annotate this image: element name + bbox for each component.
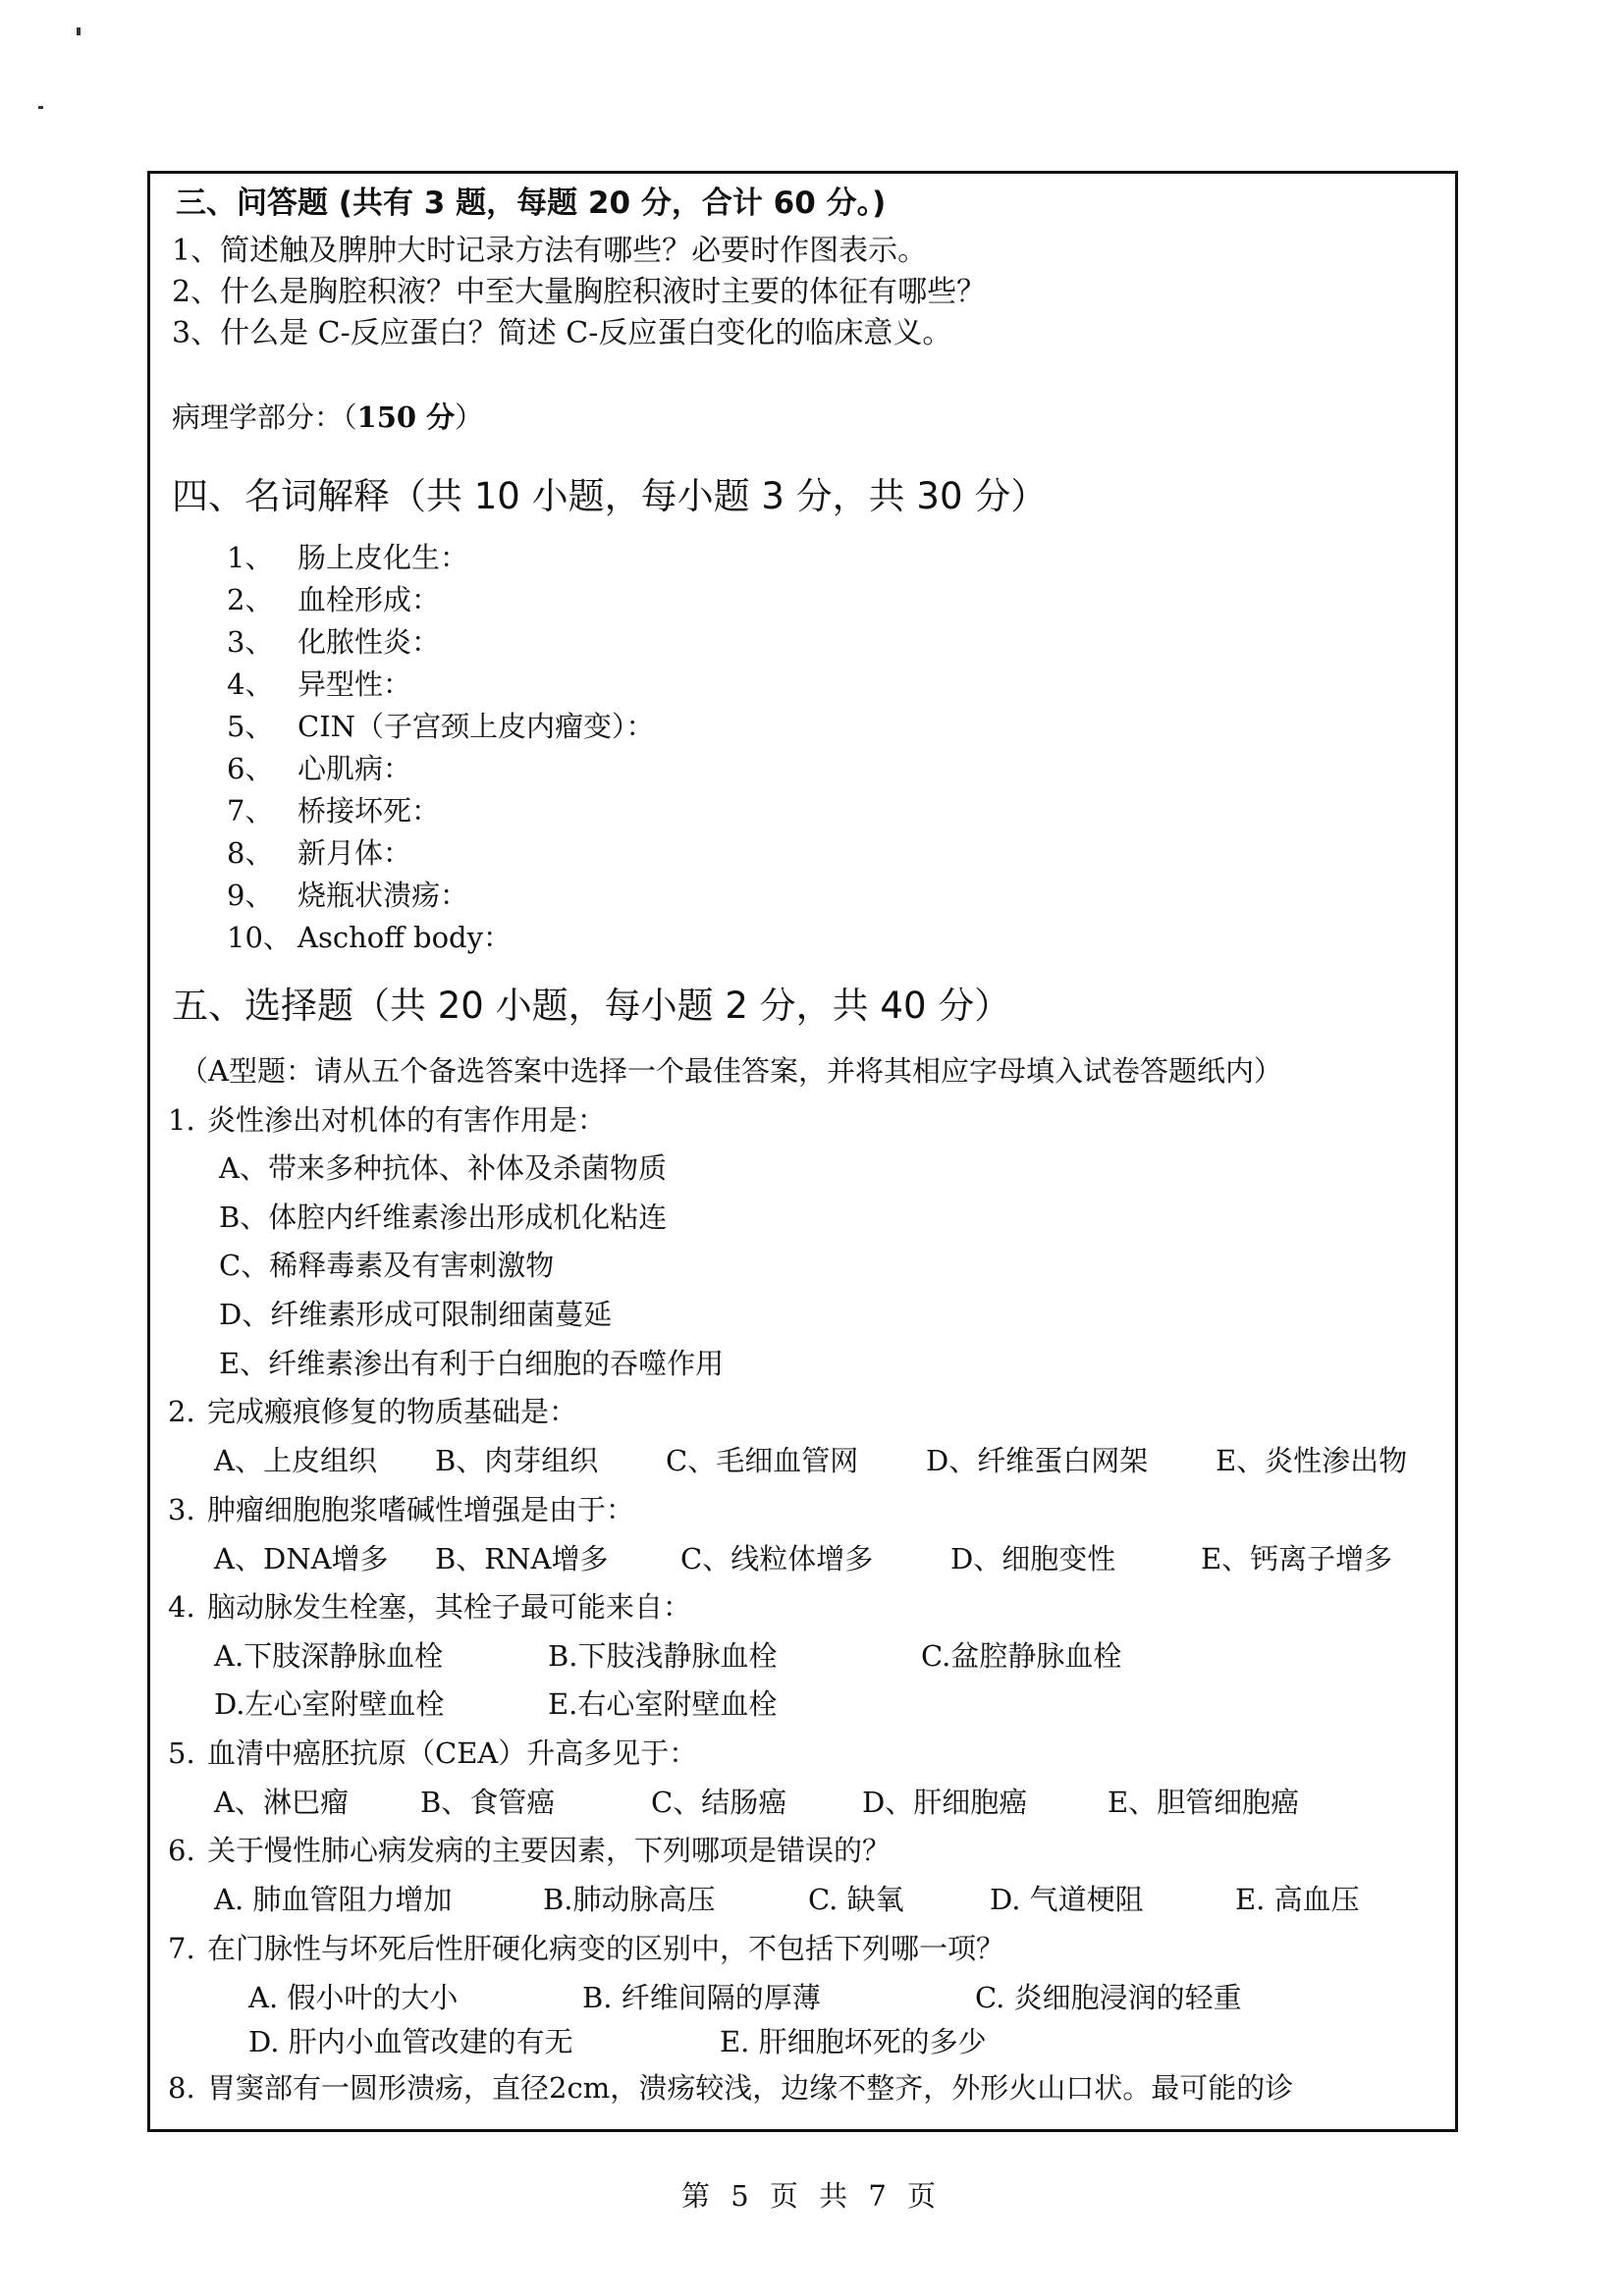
scan-speck bbox=[77, 27, 81, 35]
mc-option: C、线粒体增多 bbox=[680, 1537, 873, 1577]
section3-title: 三、问答题 (共有 3 题，每题 20 分，合计 60 分。) bbox=[176, 178, 886, 222]
mc-option: E. 高血压 bbox=[1235, 1878, 1360, 1918]
mc-option: C、结肠癌 bbox=[651, 1781, 786, 1821]
mc-option: E、炎性渗出物 bbox=[1216, 1439, 1407, 1479]
term-number: 2、 bbox=[227, 578, 298, 618]
mc-question-stem: 4.脑动脉发生栓塞，其栓子最可能来自： bbox=[168, 1585, 691, 1626]
page-number: 第 5 页 共 7 页 bbox=[0, 2174, 1623, 2215]
mc-option: C. 缺氧 bbox=[808, 1878, 904, 1918]
question-text: 炎性渗出对机体的有害作用是： bbox=[207, 1103, 606, 1137]
term-item: 8、新月体： bbox=[227, 831, 411, 872]
mc-option: C. 炎细胞浸润的轻重 bbox=[975, 1976, 1242, 2016]
mc-option: E、胆管细胞癌 bbox=[1108, 1781, 1299, 1821]
mc-option: A. 假小叶的大小 bbox=[248, 1976, 458, 2016]
exam-question-box: 三、问答题 (共有 3 题，每题 20 分，合计 60 分。) 1、简述触及脾肿… bbox=[147, 171, 1458, 2132]
question-number: 7. bbox=[168, 1932, 207, 1965]
mc-question-stem: 5.血清中癌胚抗原（CEA）升高多见于： bbox=[168, 1732, 697, 1772]
mc-option: B、肉芽组织 bbox=[435, 1439, 598, 1479]
mc-option: A、带来多种抗体、补体及杀菌物质 bbox=[219, 1147, 667, 1187]
mc-option: E、纤维素渗出有利于白细胞的吞噬作用 bbox=[219, 1342, 724, 1382]
term-number: 8、 bbox=[227, 831, 298, 872]
mc-option: E、钙离子增多 bbox=[1201, 1537, 1392, 1577]
term-number: 6、 bbox=[227, 747, 298, 787]
question-text: 在门脉性与坏死后性肝硬化病变的区别中，不包括下列哪一项？ bbox=[207, 1932, 1004, 1965]
term-number: 1、 bbox=[227, 536, 298, 576]
mc-option: C、稀释毒素及有害刺激物 bbox=[219, 1244, 554, 1284]
section3-question-3: 3、什么是 C-反应蛋白？简述 C-反应蛋白变化的临床意义。 bbox=[172, 308, 951, 351]
mc-option: B.下肢浅静脉血栓 bbox=[548, 1634, 778, 1675]
section3-question-2: 2、什么是胸腔积液？中至大量胸腔积液时主要的体征有哪些？ bbox=[172, 267, 986, 310]
scan-speck bbox=[38, 106, 43, 109]
question-text: 血清中癌胚抗原（CEA）升高多见于： bbox=[207, 1736, 697, 1770]
term-text: 化脓性炎： bbox=[298, 625, 440, 659]
term-item: 1、肠上皮化生： bbox=[227, 536, 468, 576]
term-number: 3、 bbox=[227, 620, 298, 661]
term-number: 9、 bbox=[227, 874, 298, 914]
mc-option: B、食管癌 bbox=[420, 1781, 555, 1821]
term-text: 异型性： bbox=[298, 667, 411, 701]
term-text: 血栓形成： bbox=[298, 583, 440, 616]
mc-option: A、淋巴瘤 bbox=[214, 1781, 349, 1821]
section5-instruction: （A型题：请从五个备选答案中选择一个最佳答案，并将其相应字母填入试卷答题纸内） bbox=[180, 1049, 1282, 1090]
term-number: 10、 bbox=[227, 916, 298, 956]
section4-title: 四、名词解释（共 10 小题，每小题 3 分，共 30 分） bbox=[172, 466, 1047, 519]
mc-option: D、肝细胞癌 bbox=[862, 1781, 1027, 1821]
question-number: 8. bbox=[168, 2071, 207, 2105]
mc-question-stem: 1.炎性渗出对机体的有害作用是： bbox=[168, 1098, 606, 1139]
question-text: 完成瘢痕修复的物质基础是： bbox=[207, 1395, 577, 1428]
mc-question-stem: 8.胃窦部有一圆形溃疡，直径2cm，溃疡较浅，边缘不整齐，外形火山口状。最可能的… bbox=[168, 2066, 1293, 2107]
mc-option: C.盆腔静脉血栓 bbox=[921, 1634, 1121, 1675]
mc-option: D、纤维素形成可限制细菌蔓延 bbox=[219, 1293, 612, 1333]
term-text: 心肌病： bbox=[298, 752, 411, 785]
question-text: 肿瘤细胞胞浆嗜碱性增强是由于： bbox=[207, 1493, 634, 1526]
mc-option: B. 纤维间隔的厚薄 bbox=[582, 1976, 821, 2016]
section3-question-1: 1、简述触及脾肿大时记录方法有哪些？必要时作图表示。 bbox=[172, 226, 927, 269]
question-text: 关于慢性肺心病发病的主要因素，下列哪项是错误的？ bbox=[207, 1834, 891, 1867]
term-number: 4、 bbox=[227, 663, 298, 703]
term-text: CIN（子宫颈上皮内瘤变）： bbox=[298, 710, 655, 743]
pathology-part-label: 病理学部分：（ bbox=[172, 400, 357, 434]
question-number: 1. bbox=[168, 1103, 207, 1137]
mc-option: E.右心室附壁血栓 bbox=[548, 1682, 777, 1723]
term-item: 6、心肌病： bbox=[227, 747, 411, 787]
term-number: 5、 bbox=[227, 705, 298, 745]
mc-option: A、上皮组织 bbox=[214, 1439, 377, 1479]
mc-option: A、DNA增多 bbox=[214, 1537, 389, 1577]
mc-option: B.肺动脉高压 bbox=[543, 1878, 716, 1918]
mc-option: B、RNA增多 bbox=[435, 1537, 608, 1577]
question-number: 2. bbox=[168, 1395, 207, 1428]
term-item: 2、血栓形成： bbox=[227, 578, 440, 618]
question-text: 胃窦部有一圆形溃疡，直径2cm，溃疡较浅，边缘不整齐，外形火山口状。最可能的诊 bbox=[207, 2071, 1293, 2105]
term-text: 烧瓶状溃疡： bbox=[298, 879, 468, 912]
term-item: 4、异型性： bbox=[227, 663, 411, 703]
mc-question-stem: 2.完成瘢痕修复的物质基础是： bbox=[168, 1390, 577, 1430]
mc-option: C、毛细血管网 bbox=[666, 1439, 858, 1479]
question-number: 6. bbox=[168, 1834, 207, 1867]
mc-option: D. 肝内小血管改建的有无 bbox=[248, 2020, 573, 2060]
question-number: 4. bbox=[168, 1590, 207, 1624]
term-item: 10、Aschoff body： bbox=[227, 916, 512, 956]
term-number: 7、 bbox=[227, 789, 298, 829]
mc-question-stem: 6.关于慢性肺心病发病的主要因素，下列哪项是错误的？ bbox=[168, 1829, 891, 1869]
question-number: 3. bbox=[168, 1493, 207, 1526]
mc-question-stem: 7.在门脉性与坏死后性肝硬化病变的区别中，不包括下列哪一项？ bbox=[168, 1927, 1004, 1967]
question-text: 脑动脉发生栓塞，其栓子最可能来自： bbox=[207, 1590, 691, 1624]
pathology-part-heading: 病理学部分：（150 分） bbox=[172, 396, 483, 436]
section5-title: 五、选择题（共 20 小题，每小题 2 分，共 40 分） bbox=[172, 976, 1010, 1029]
pathology-part-close: ） bbox=[455, 400, 483, 434]
term-text: Aschoff body： bbox=[298, 921, 512, 954]
mc-option: A.下肢深静脉血栓 bbox=[214, 1634, 443, 1675]
mc-option: B、体腔内纤维素渗出形成机化粘连 bbox=[219, 1196, 667, 1236]
term-item: 5、CIN（子宫颈上皮内瘤变）： bbox=[227, 705, 655, 745]
mc-option: D.左心室附壁血栓 bbox=[214, 1682, 444, 1723]
term-item: 9、烧瓶状溃疡： bbox=[227, 874, 468, 914]
mc-option: D、纤维蛋白网架 bbox=[926, 1439, 1148, 1479]
term-text: 肠上皮化生： bbox=[298, 541, 468, 574]
mc-question-stem: 3.肿瘤细胞胞浆嗜碱性增强是由于： bbox=[168, 1488, 634, 1528]
question-number: 5. bbox=[168, 1736, 207, 1770]
mc-option: D. 气道梗阻 bbox=[990, 1878, 1144, 1918]
mc-option: D、细胞变性 bbox=[950, 1537, 1115, 1577]
pathology-part-score: 150 分 bbox=[357, 400, 456, 434]
mc-option: E. 肝细胞坏死的多少 bbox=[720, 2020, 987, 2060]
mc-option: A. 肺血管阻力增加 bbox=[214, 1878, 452, 1918]
term-text: 桥接坏死： bbox=[298, 794, 440, 828]
term-text: 新月体： bbox=[298, 836, 411, 870]
term-item: 3、化脓性炎： bbox=[227, 620, 440, 661]
term-item: 7、桥接坏死： bbox=[227, 789, 440, 829]
